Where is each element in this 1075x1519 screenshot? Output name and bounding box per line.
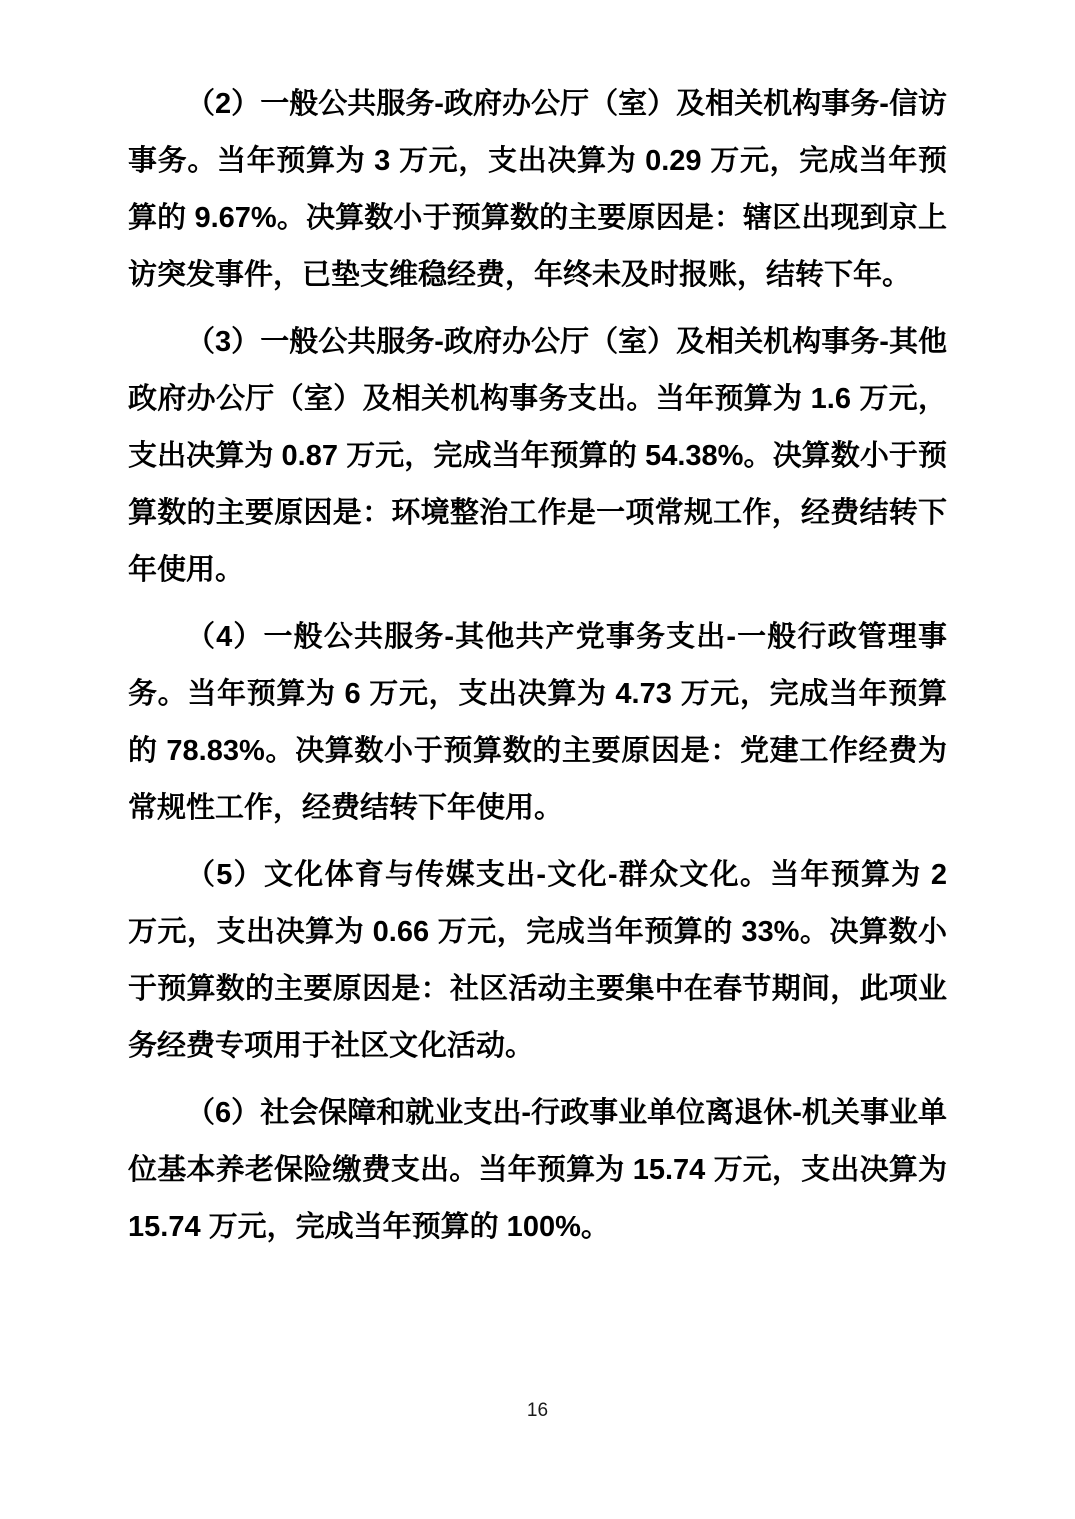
page-number: 16 <box>527 1400 548 1422</box>
body-paragraph-5: （5）文化体育与传媒支出-文化-群众文化。当年预算为 2 万元，支出决算为 0.… <box>128 847 947 1075</box>
page-body: （2）一般公共服务-政府办公厅（室）及相关机构事务-信访事务。当年预算为 3 万… <box>128 76 947 1266</box>
body-paragraph-3: （3）一般公共服务-政府办公厅（室）及相关机构事务-其他政府办公厅（室）及相关机… <box>128 314 947 599</box>
body-paragraph-6: （6）社会保障和就业支出-行政事业单位离退休-机关事业单位基本养老保险缴费支出。… <box>128 1085 947 1256</box>
page-footer: 16 <box>0 1400 1075 1422</box>
body-paragraph-4: （4）一般公共服务-其他共产党事务支出-一般行政管理事务。当年预算为 6 万元，… <box>128 609 947 837</box>
document-page: （2）一般公共服务-政府办公厅（室）及相关机构事务-信访事务。当年预算为 3 万… <box>0 0 1075 1519</box>
body-paragraph-2: （2）一般公共服务-政府办公厅（室）及相关机构事务-信访事务。当年预算为 3 万… <box>128 76 947 304</box>
